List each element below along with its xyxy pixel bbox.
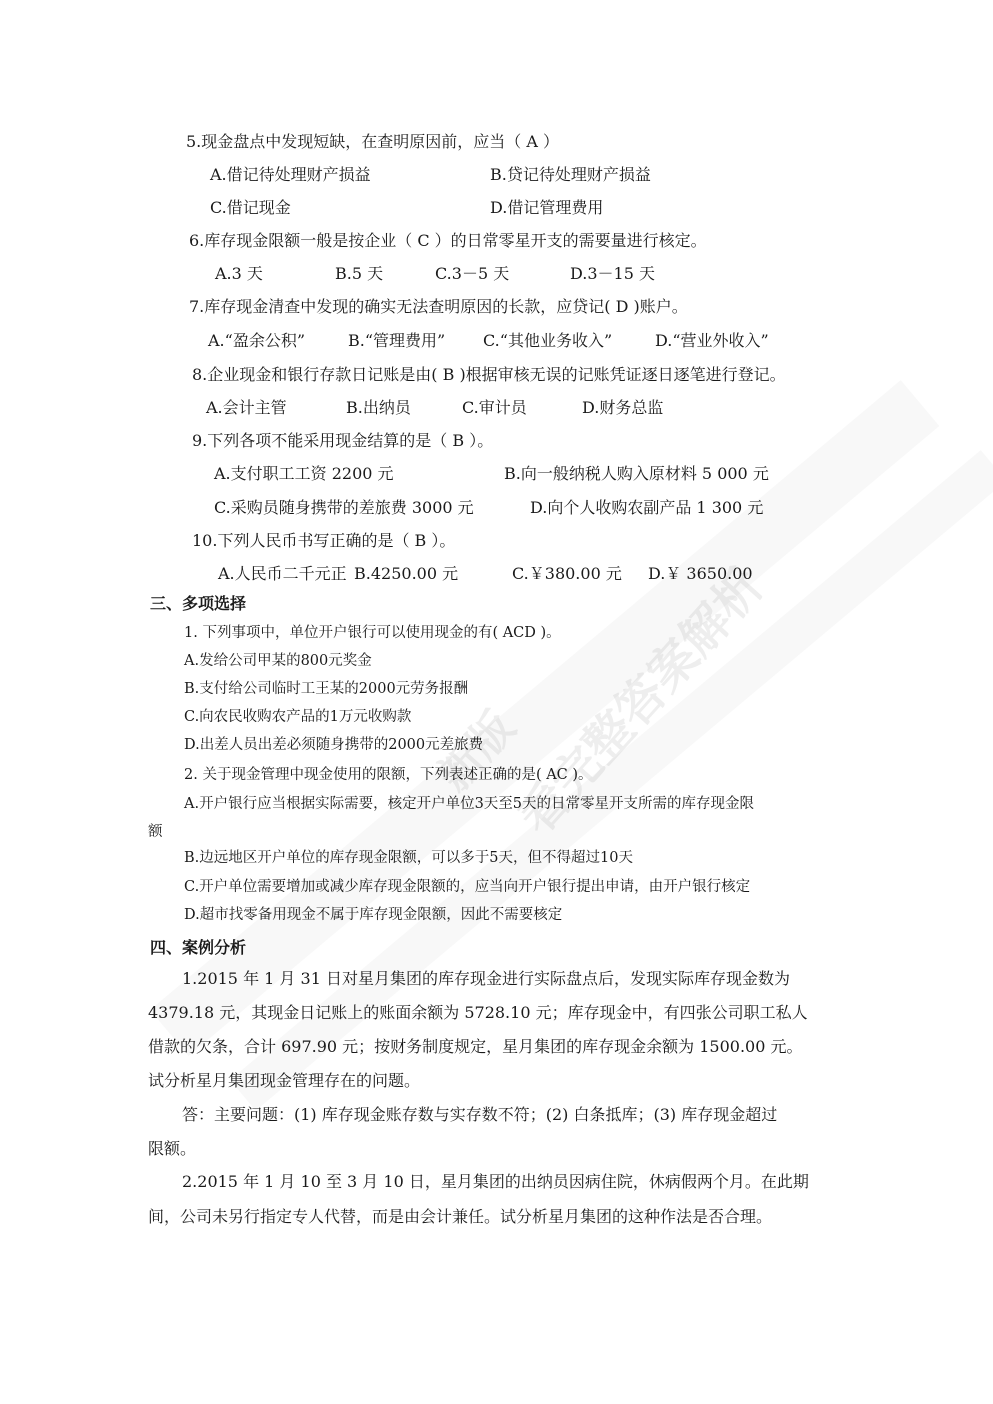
option: B.4250.00 元 (354, 564, 458, 584)
option: B.边远地区开户单位的库存现金限额，可以多于5天，但不得超过10天 (184, 848, 633, 868)
option: C.￥380.00 元 (512, 564, 622, 584)
case-1-text: 借款的欠条，合计 697.90 元；按财务制度规定，星月集团的库存现金余额为 1… (148, 1037, 803, 1057)
option: A.人民币二千元正 (218, 564, 347, 584)
option: D.“营业外收入” (655, 331, 769, 351)
option: D.超市找零备用现金不属于库存现金限额，因此不需要核定 (184, 905, 562, 925)
option: C.借记现金 (210, 198, 291, 218)
option: C.“其他业务收入” (483, 331, 612, 351)
option: B.支付给公司临时工王某的2000元劳务报酬 (184, 679, 468, 699)
document-page: 新版 看完整答案解析 5.现金盘点中发现短缺，在查明原因前，应当（ A ） A.… (0, 0, 993, 1404)
option: A.支付职工工资 2200 元 (214, 464, 394, 484)
case-1-text: 试分析星月集团现金管理存在的问题。 (148, 1071, 420, 1091)
option: D.借记管理费用 (490, 198, 603, 218)
section-heading-multi-choice: 三、多项选择 (150, 594, 246, 614)
option: D.￥ 3650.00 (648, 564, 753, 584)
question-9: 9.下列各项不能采用现金结算的是（ B ）。 (192, 431, 493, 451)
option: B.5 天 (335, 264, 383, 284)
case-1-answer: 答：主要问题：(1) 库存现金账存数与实存数不符；(2) 白条抵库；(3) 库存… (182, 1105, 777, 1125)
case-2-text: 间，公司未另行指定专人代替，而是由会计兼任。试分析星月集团的这种作法是否合理。 (148, 1207, 772, 1227)
option: D.向个人收购农副产品 1 300 元 (530, 498, 763, 518)
case-1-text: 4379.18 元，其现金日记账上的账面余额为 5728.10 元；库存现金中，… (148, 1003, 808, 1023)
multi-question-2: 2. 关于现金管理中现金使用的限额，下列表述正确的是( AC )。 (184, 765, 593, 785)
question-8: 8.企业现金和银行存款日记账是由( B )根据审核无误的记账凭证逐日逐笔进行登记… (192, 365, 786, 385)
option: A.“盈余公积” (208, 331, 305, 351)
question-5: 5.现金盘点中发现短缺，在查明原因前，应当（ A ） (186, 132, 559, 152)
option: C.3－5 天 (435, 264, 509, 284)
option-continuation: 额 (148, 822, 163, 842)
option: A.借记待处理财产损益 (210, 165, 371, 185)
option: A.会计主管 (206, 398, 287, 418)
option: D.财务总监 (582, 398, 663, 418)
option: C.审计员 (462, 398, 527, 418)
option: C.向农民收购农产品的1万元收购款 (184, 707, 411, 727)
section-heading-case-analysis: 四、案例分析 (150, 938, 246, 958)
option: A.发给公司甲某的800元奖金 (184, 651, 372, 671)
option: D.3－15 天 (570, 264, 655, 284)
option: A.开户银行应当根据实际需要，核定开户单位3天至5天的日常零星开支所需的库存现金… (184, 794, 754, 814)
option: C.采购员随身携带的差旅费 3000 元 (214, 498, 474, 518)
option: A.3 天 (215, 264, 263, 284)
option: B.向一般纳税人购入原材料 5 000 元 (504, 464, 769, 484)
option: B.出纳员 (346, 398, 411, 418)
case-1-answer: 限额。 (148, 1139, 196, 1159)
question-10: 10.下列人民币书写正确的是（ B ）。 (192, 531, 455, 551)
case-1-text: 1.2015 年 1 月 31 日对星月集团的库存现金进行实际盘点后，发现实际库… (182, 969, 790, 989)
option: D.出差人员出差必须随身携带的2000元差旅费 (184, 735, 483, 755)
question-7: 7.库存现金清查中发现的确实无法查明原因的长款，应贷记( D )账户。 (189, 297, 688, 317)
option: C.开户单位需要增加或减少库存现金限额的，应当向开户银行提出申请，由开户银行核定 (184, 877, 750, 897)
multi-question-1: 1. 下列事项中，单位开户银行可以使用现金的有( ACD )。 (184, 623, 561, 643)
option: B.“管理费用” (348, 331, 445, 351)
question-6: 6.库存现金限额一般是按企业（ C ）的日常零星开支的需要量进行核定。 (189, 231, 707, 251)
case-2-text: 2.2015 年 1 月 10 至 3 月 10 日，星月集团的出纳员因病住院，… (182, 1172, 809, 1192)
option: B.贷记待处理财产损益 (490, 165, 651, 185)
